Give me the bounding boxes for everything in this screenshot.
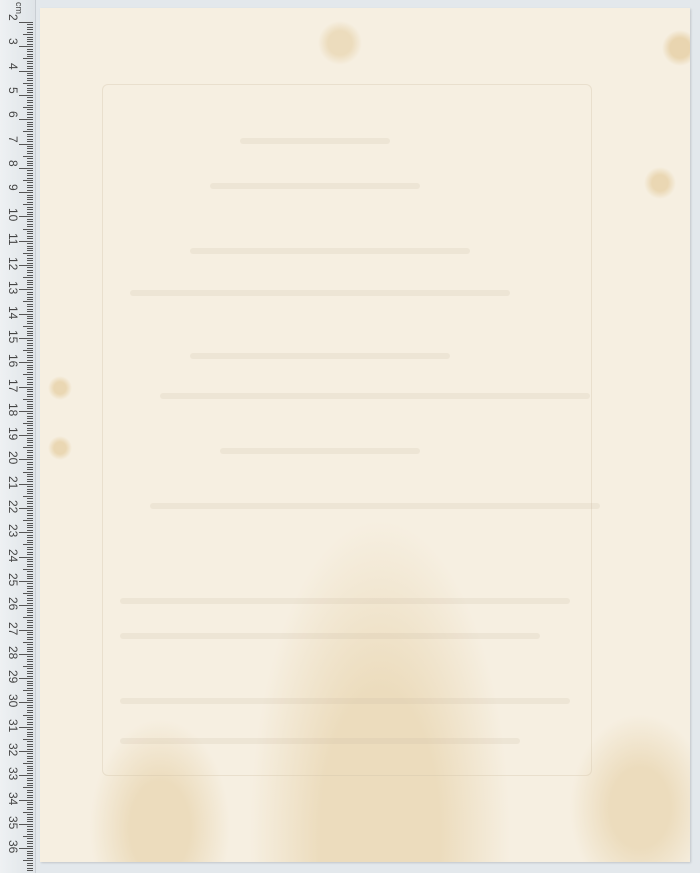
ruler-tick [27, 270, 33, 271]
ruler-tick [27, 462, 33, 463]
ruler-tick [27, 68, 33, 69]
ruler-tick [27, 126, 33, 127]
ruler-tick [27, 647, 33, 648]
ruler-tick [27, 481, 33, 482]
ruler-tick [19, 387, 33, 388]
ruler-tick [23, 83, 33, 84]
ruler-tick [19, 630, 33, 631]
ruler-tick [27, 855, 33, 856]
ruler-tick [27, 309, 33, 310]
ruler-tick [27, 734, 33, 735]
ruler-tick [27, 858, 33, 859]
ruler-tick [27, 668, 33, 669]
ruler-tick [27, 838, 33, 839]
ruler-tick [27, 804, 33, 805]
ruler-tick [27, 627, 33, 628]
ruler-tick [27, 114, 33, 115]
ruler-tick [27, 54, 33, 55]
ruler-tick [19, 727, 33, 728]
ruler-tick [27, 199, 33, 200]
ruler-tick [27, 187, 33, 188]
ruler-tick [23, 34, 33, 35]
measuring-ruler: cm 2345678910111213141516171819202122232… [0, 0, 36, 873]
ruler-tick [27, 746, 33, 747]
ruler-tick [27, 659, 33, 660]
ruler-tick [27, 578, 33, 579]
ruler-tick [27, 66, 33, 67]
ruler-tick [27, 438, 33, 439]
ruler-label: 5 [6, 87, 20, 107]
ruler-tick [27, 785, 33, 786]
ruler-tick [27, 311, 33, 312]
ruler-label: 15 [6, 330, 20, 350]
ruler-tick [27, 226, 33, 227]
ruler-tick [27, 165, 33, 166]
ruler-tick [19, 71, 33, 72]
ruler-tick [27, 141, 33, 142]
ruler-tick [27, 379, 33, 380]
ruler-tick [27, 778, 33, 779]
ruler-tick [19, 581, 33, 582]
ruler-tick [19, 22, 33, 23]
ruler-tick [23, 58, 33, 59]
ruler-tick [23, 642, 33, 643]
ruler-tick [27, 243, 33, 244]
ruler-tick [27, 729, 33, 730]
show-through-text [130, 290, 510, 296]
ruler-tick [27, 352, 33, 353]
ruler-tick [27, 756, 33, 757]
ruler-label: 20 [6, 451, 20, 471]
ruler-tick [27, 63, 33, 64]
ruler-label: 18 [6, 403, 20, 423]
ruler-tick [27, 258, 33, 259]
ruler-label: 14 [6, 306, 20, 326]
ruler-tick [27, 510, 33, 511]
ruler-label: 12 [6, 257, 20, 277]
ruler-tick [27, 795, 33, 796]
ruler-tick [27, 185, 33, 186]
ruler-tick [27, 433, 33, 434]
ruler-tick [27, 161, 33, 162]
scanned-page [40, 8, 690, 862]
ruler-label: 28 [6, 646, 20, 666]
ruler-tick [27, 673, 33, 674]
ruler-label: 22 [6, 500, 20, 520]
ruler-tick [23, 447, 33, 448]
ruler-label: 30 [6, 694, 20, 714]
ruler-tick [23, 666, 33, 667]
ruler-tick [27, 710, 33, 711]
ruler-tick [27, 170, 33, 171]
ruler-tick [27, 294, 33, 295]
ruler-tick [23, 569, 33, 570]
ruler-label: 9 [6, 184, 20, 204]
ruler-tick [27, 151, 33, 152]
ruler-tick [27, 651, 33, 652]
ruler-tick [27, 41, 33, 42]
ruler-tick [19, 484, 33, 485]
ruler-tick [27, 190, 33, 191]
ruler-tick [27, 418, 33, 419]
ruler-tick [27, 323, 33, 324]
ruler-tick [27, 612, 33, 613]
ruler-tick [27, 608, 33, 609]
ruler-tick [27, 430, 33, 431]
ruler-tick [23, 787, 33, 788]
ruler-tick [27, 455, 33, 456]
ruler-tick [27, 280, 33, 281]
ruler-tick [27, 299, 33, 300]
ruler-tick [27, 248, 33, 249]
ruler-tick [27, 146, 33, 147]
ruler-tick [23, 374, 33, 375]
show-through-text [220, 448, 420, 454]
ruler-tick [23, 593, 33, 594]
ruler-tick [19, 532, 33, 533]
ruler-tick [27, 865, 33, 866]
ruler-label: 26 [6, 597, 20, 617]
ruler-tick [19, 362, 33, 363]
ruler-tick [23, 812, 33, 813]
ruler-tick [27, 513, 33, 514]
ruler-tick [27, 744, 33, 745]
ruler-tick [19, 751, 33, 752]
ruler-tick [27, 139, 33, 140]
ruler-tick [27, 639, 33, 640]
ruler-tick [27, 600, 33, 601]
ruler-tick [27, 586, 33, 587]
ruler-tick [27, 56, 33, 57]
ruler-tick [27, 78, 33, 79]
ruler-tick [27, 75, 33, 76]
ruler-tick [27, 442, 33, 443]
ruler-label: 16 [6, 354, 20, 374]
ruler-tick [19, 775, 33, 776]
ruler-tick [27, 450, 33, 451]
ruler-tick [19, 411, 33, 412]
ruler-tick [27, 576, 33, 577]
ruler-label: 31 [6, 719, 20, 739]
ruler-tick [27, 540, 33, 541]
ruler-tick [27, 676, 33, 677]
ruler-tick [27, 826, 33, 827]
ruler-tick [27, 552, 33, 553]
ruler-tick [19, 144, 33, 145]
ruler-tick [27, 817, 33, 818]
ruler-label: 7 [6, 136, 20, 156]
ruler-tick [23, 715, 33, 716]
ruler-tick [19, 241, 33, 242]
ruler-tick [23, 253, 33, 254]
ruler-tick [27, 695, 33, 696]
ruler-tick [27, 112, 33, 113]
ruler-tick [27, 246, 33, 247]
ruler-tick [19, 678, 33, 679]
ruler-tick [19, 435, 33, 436]
ruler-tick [27, 523, 33, 524]
ruler-tick [27, 693, 33, 694]
ruler-label: 27 [6, 622, 20, 642]
ruler-tick [27, 603, 33, 604]
ruler-tick [27, 100, 33, 101]
ruler-tick [27, 870, 33, 871]
ruler-tick [27, 408, 33, 409]
ruler-tick [27, 357, 33, 358]
ruler-tick [27, 318, 33, 319]
ruler-tick [27, 73, 33, 74]
ruler-tick [27, 316, 33, 317]
ruler-tick [27, 124, 33, 125]
ruler-tick [27, 814, 33, 815]
ruler-tick [27, 537, 33, 538]
ruler-tick [27, 51, 33, 52]
ruler-tick [27, 469, 33, 470]
ruler-tick [27, 321, 33, 322]
ruler-tick [27, 809, 33, 810]
ruler-tick [27, 732, 33, 733]
ruler-tick [27, 333, 33, 334]
ruler-tick [27, 382, 33, 383]
ruler-label: 23 [6, 524, 20, 544]
ruler-tick [27, 29, 33, 30]
ruler-tick [27, 173, 33, 174]
ruler-tick [23, 399, 33, 400]
ruler-tick [27, 328, 33, 329]
ruler-tick [23, 229, 33, 230]
ruler-tick [27, 260, 33, 261]
ruler-tick [27, 530, 33, 531]
ruler-tick [27, 85, 33, 86]
ruler-tick [27, 105, 33, 106]
ruler-tick [27, 250, 33, 251]
ruler-tick [27, 807, 33, 808]
ruler-tick [19, 119, 33, 120]
ruler-tick [27, 401, 33, 402]
ruler-tick [19, 338, 33, 339]
ruler-tick [27, 564, 33, 565]
ruler-tick [19, 824, 33, 825]
ruler-tick [27, 681, 33, 682]
show-through-text [240, 138, 390, 144]
ruler-tick [27, 117, 33, 118]
ruler-tick [27, 255, 33, 256]
ruler-tick [27, 780, 33, 781]
ruler-tick [27, 272, 33, 273]
ruler-tick [27, 90, 33, 91]
ruler-tick [19, 289, 33, 290]
show-through-text [120, 633, 540, 639]
ruler-label: 4 [6, 63, 20, 83]
ruler-tick [27, 129, 33, 130]
ruler-tick [27, 622, 33, 623]
ruler-tick [27, 491, 33, 492]
ruler-tick [27, 428, 33, 429]
ruler-tick [27, 464, 33, 465]
ruler-tick [27, 493, 33, 494]
ruler-tick [27, 440, 33, 441]
ruler-tick [27, 148, 33, 149]
ruler-tick [23, 204, 33, 205]
ruler-tick [27, 304, 33, 305]
ruler-tick [27, 39, 33, 40]
ruler-tick [27, 369, 33, 370]
ruler-tick [27, 221, 33, 222]
ruler-label: 34 [6, 792, 20, 812]
ruler-tick [27, 389, 33, 390]
ruler-tick [19, 702, 33, 703]
ruler-tick [27, 236, 33, 237]
ruler-tick [27, 753, 33, 754]
show-through-text [190, 248, 470, 254]
ruler-tick [27, 749, 33, 750]
ruler-tick [27, 834, 33, 835]
ruler-tick [19, 459, 33, 460]
ruler-tick [27, 27, 33, 28]
ruler-tick [27, 396, 33, 397]
ruler-tick [23, 836, 33, 837]
ruler-tick [27, 219, 33, 220]
ruler-tick [27, 846, 33, 847]
ruler-tick [27, 404, 33, 405]
ruler-tick [27, 559, 33, 560]
ruler-tick [27, 476, 33, 477]
ruler-tick [23, 326, 33, 327]
ruler-tick [27, 335, 33, 336]
ruler-tick [27, 868, 33, 869]
ruler-tick [27, 571, 33, 572]
ruler-tick [27, 736, 33, 737]
ruler-tick [27, 700, 33, 701]
ruler-tick [27, 331, 33, 332]
ruler-tick [27, 761, 33, 762]
ruler-tick [19, 654, 33, 655]
ruler-label: 10 [6, 208, 20, 228]
ruler-tick [27, 547, 33, 548]
show-through-text [160, 393, 590, 399]
ruler-tick [19, 95, 33, 96]
ruler-tick [27, 479, 33, 480]
ruler-tick [19, 192, 33, 193]
ruler-tick [27, 153, 33, 154]
ruler-tick [27, 527, 33, 528]
ruler-tick [27, 284, 33, 285]
ruler-tick [27, 467, 33, 468]
ruler-tick [27, 821, 33, 822]
ruler-tick [27, 610, 33, 611]
ruler-label: 19 [6, 427, 20, 447]
ruler-tick [27, 275, 33, 276]
ruler-tick [23, 301, 33, 302]
ruler-tick [27, 175, 33, 176]
ruler-tick [27, 525, 33, 526]
ruler-tick [27, 649, 33, 650]
ruler-tick [27, 644, 33, 645]
ruler-tick [23, 180, 33, 181]
ruler-label: 32 [6, 743, 20, 763]
ruler-tick [27, 790, 33, 791]
ruler-tick [19, 314, 33, 315]
ruler-tick [27, 24, 33, 25]
ruler-tick [27, 698, 33, 699]
ruler-tick [27, 282, 33, 283]
ruler-tick [27, 831, 33, 832]
ruler-tick [27, 367, 33, 368]
ruler-tick [27, 416, 33, 417]
show-through-text [120, 738, 520, 744]
ruler-tick [27, 233, 33, 234]
ruler-tick [27, 634, 33, 635]
ruler-tick [27, 384, 33, 385]
ruler-tick [27, 195, 33, 196]
ruler-tick [27, 506, 33, 507]
ruler-tick [27, 683, 33, 684]
ruler-tick [27, 591, 33, 592]
ruler-tick [27, 574, 33, 575]
ruler-tick [27, 158, 33, 159]
ruler-tick [27, 377, 33, 378]
ruler-tick [23, 472, 33, 473]
ruler-label: 24 [6, 549, 20, 569]
ruler-tick [27, 406, 33, 407]
ruler-tick [27, 209, 33, 210]
ruler-tick [27, 297, 33, 298]
ruler-tick [27, 792, 33, 793]
ruler-tick [27, 292, 33, 293]
ruler-tick [27, 207, 33, 208]
ruler-tick [27, 595, 33, 596]
ruler-tick [27, 182, 33, 183]
ruler-tick [27, 425, 33, 426]
ruler-tick [27, 345, 33, 346]
ruler-tick [27, 452, 33, 453]
ruler-tick [27, 202, 33, 203]
ruler-tick [27, 841, 33, 842]
ruler-tick [27, 212, 33, 213]
ruler-label: 6 [6, 111, 20, 131]
show-through-text [210, 183, 420, 189]
ruler-tick [19, 848, 33, 849]
ruler-tick [27, 535, 33, 536]
ruler-tick [27, 819, 33, 820]
ruler-tick [27, 664, 33, 665]
ruler-tick [27, 263, 33, 264]
ruler-tick [27, 615, 33, 616]
ruler-tick [27, 707, 33, 708]
ruler-tick [27, 802, 33, 803]
show-through-text [120, 698, 570, 704]
ruler-tick [27, 413, 33, 414]
ruler-tick [27, 365, 33, 366]
ruler-tick [23, 107, 33, 108]
ruler-tick [27, 843, 33, 844]
ruler-tick [27, 588, 33, 589]
ruler-tick [27, 92, 33, 93]
ruler-tick [23, 423, 33, 424]
ruler-tick [27, 719, 33, 720]
ruler-tick [27, 122, 33, 123]
ruler-tick [23, 739, 33, 740]
show-through-text [150, 503, 600, 509]
ruler-tick [23, 617, 33, 618]
ruler-tick [27, 549, 33, 550]
ruler-tick [27, 102, 33, 103]
ruler-tick [27, 766, 33, 767]
ruler-tick [27, 583, 33, 584]
ruler-tick [27, 348, 33, 349]
ruler-label: 33 [6, 767, 20, 787]
ruler-tick [27, 863, 33, 864]
